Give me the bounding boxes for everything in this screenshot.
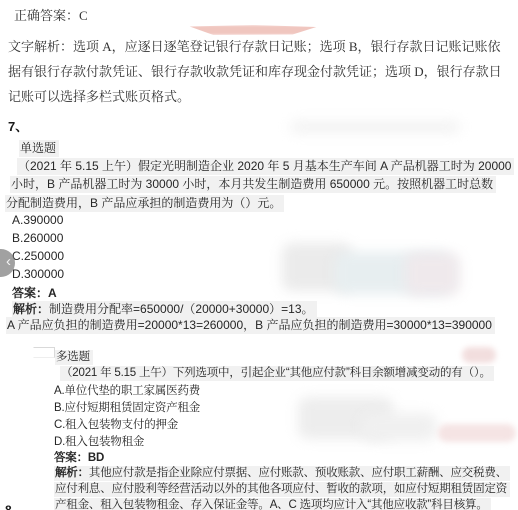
question-stem-line: 分配制造费用，B 产品应承担的制造费用为（）元。 — [5, 194, 284, 211]
analysis-line: A 产品应负担的制造费用=20000*13=260000，B 产品应负担的制造费… — [6, 316, 495, 333]
option-a: A.390000 — [12, 213, 63, 227]
next-question-number: 8、 — [5, 501, 24, 510]
question-stem-line: 小时，B 产品机器工时为 30000 小时，本月共发生制造费用 650000 元… — [10, 175, 496, 192]
watermark-blur — [362, 413, 437, 441]
answer-line: 答案：BD — [54, 449, 104, 465]
option-d: D.300000 — [12, 267, 64, 281]
correct-answer-line: 正确答案：C — [14, 5, 88, 24]
watermark-blur — [462, 347, 496, 363]
text-analysis-line: 据有银行存款付款凭证、银行存款收款凭证和库存现金付款凭证；选项 D，银行存款日 — [8, 61, 502, 80]
answer-line: 答案：A — [12, 284, 57, 301]
question-number: 7、 — [8, 116, 28, 135]
question-stem-line: （2021 年 5.15 上午）假定光明制造企业 2020 年 5 月基本生产车… — [17, 157, 514, 174]
question-stem-line: （2021 年 5.15 上午）下列选项中，引起企业“其他应付款”科目余额增减变… — [60, 364, 494, 380]
text-analysis-line: 记账可以选择多栏式账页格式。 — [8, 86, 190, 105]
analysis-line: 解析：其他应付款是指企业除应付票据、应付账款、预收账款、应付职工薪酬、应交税费、 — [54, 464, 510, 480]
watermark-blur — [405, 253, 460, 295]
analysis-line: 解析：制造费用分配率=650000/（20000+30000）=13。 — [12, 300, 317, 317]
analysis-line: 应付利息、应付股利等经营活动以外的其他各项应付、暂收的款项，如应付短期租赁固定资 — [54, 480, 510, 496]
text-analysis-line: 文字解析：选项 A，应逐日逐笔登记银行存款日记账；选项 B，银行存款日记账记账依 — [8, 36, 501, 55]
option-c: C.250000 — [12, 249, 64, 263]
watermark-blur — [438, 424, 516, 442]
option-d: D.租入包装物租金 — [54, 433, 144, 449]
exam-review-page: 正确答案：C 文字解析：选项 A，应逐日逐笔登记银行存款日记账；选项 B，银行存… — [0, 0, 518, 510]
analysis-line: 产租金、租入包装物租金、存入保证金等。A、C 选项均应计入“其他应收款”科目核算… — [54, 496, 491, 510]
watermark-ribbon — [187, 25, 319, 35]
option-b: B.260000 — [12, 231, 63, 245]
chevron-left-icon: ‹ — [6, 253, 11, 270]
question-type-label: 单选题 — [19, 139, 59, 156]
watermark-blur — [290, 121, 460, 133]
question-type-label: 多选题 — [55, 348, 93, 364]
option-b: B.应付短期租赁固定资产租金 — [54, 399, 200, 415]
option-c: C.租入包装物支付的押金 — [54, 416, 178, 432]
option-a: A.单位代垫的职工家属医药费 — [54, 382, 200, 398]
faded-checkbox — [33, 347, 55, 358]
